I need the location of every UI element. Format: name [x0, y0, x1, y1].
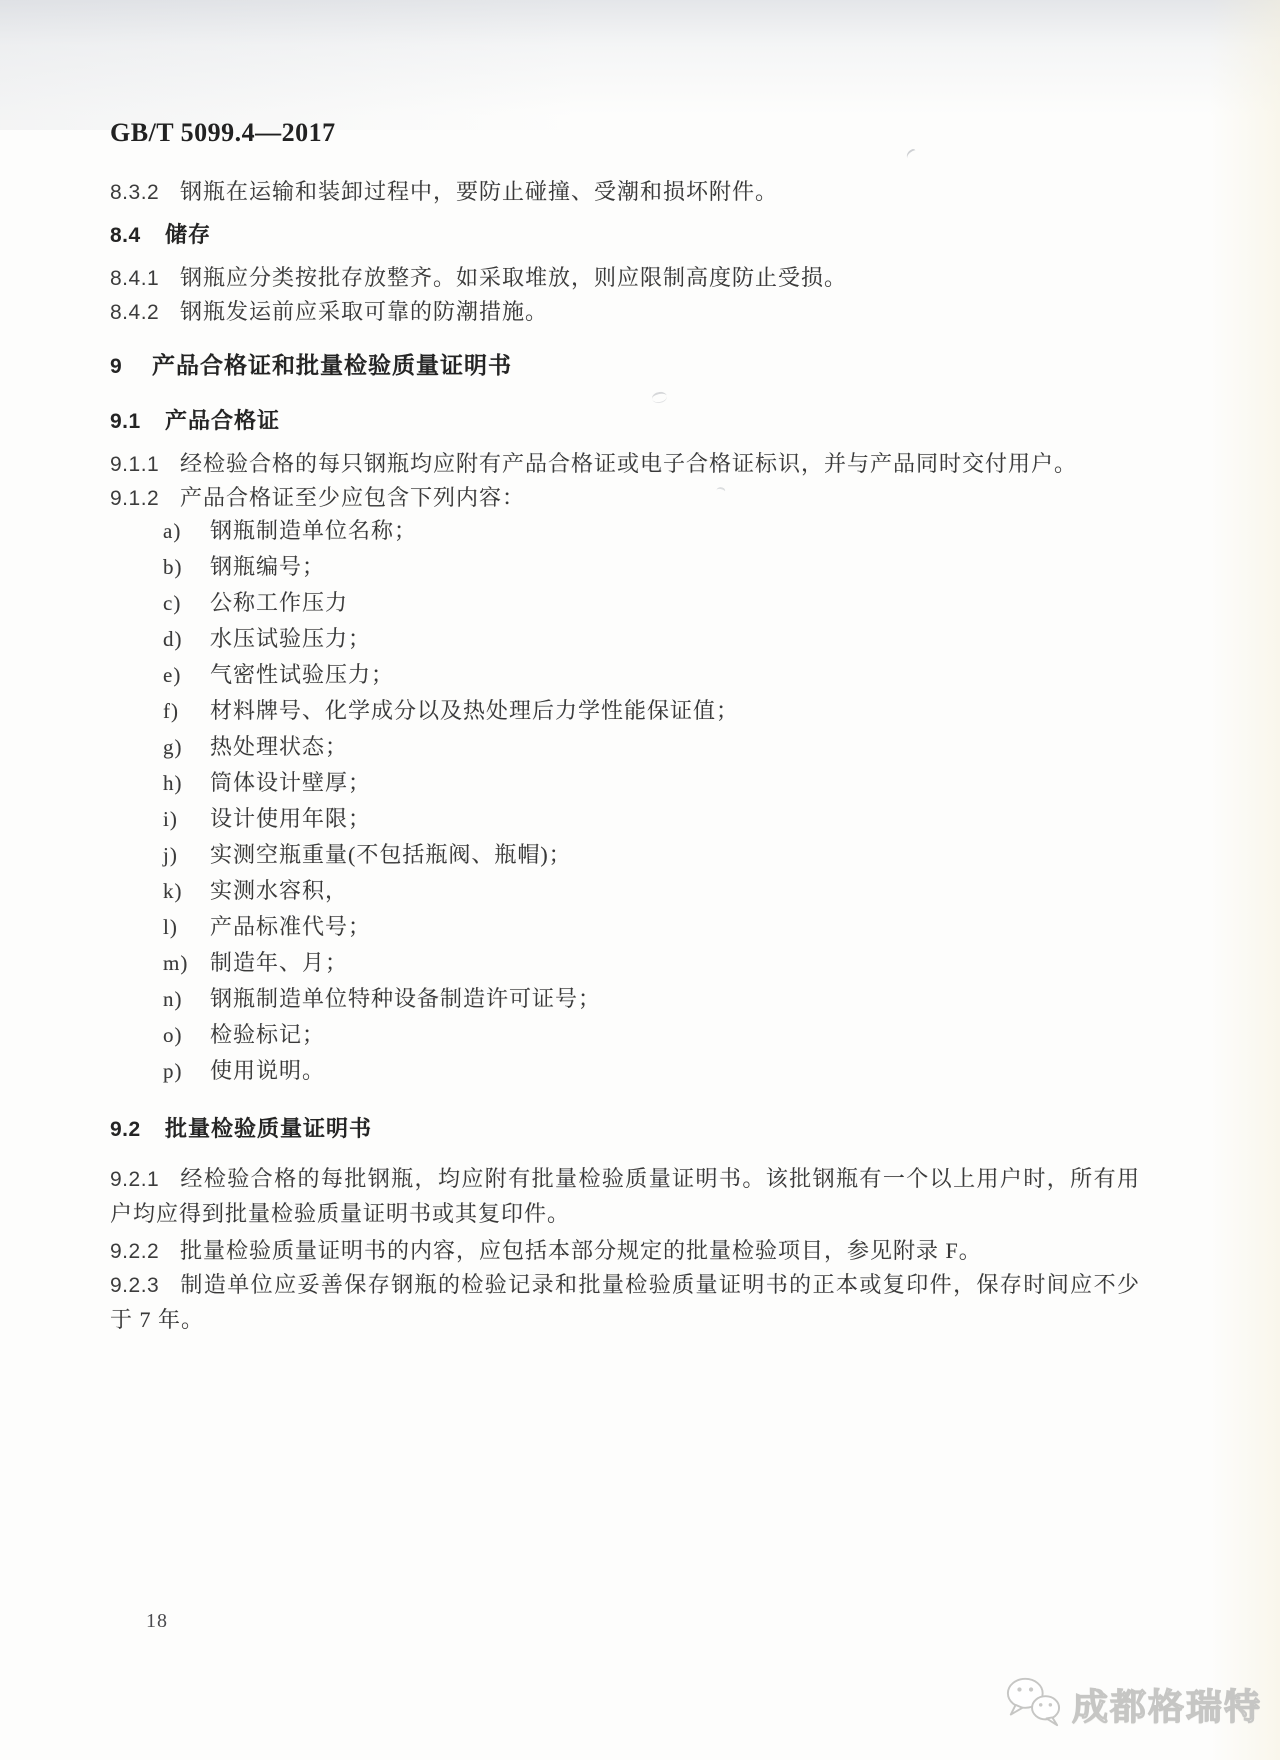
document-page: GB/T 5099.4—2017 8.3.2钢瓶在运输和装卸过程中，要防止碰撞、… [0, 0, 1280, 1760]
heading-title: 批量检验质量证明书 [165, 1116, 372, 1141]
clause-9-2-3: 9.2.3制造单位应妥善保存钢瓶的检验记录和批量检验质量证明书的正本或复印件，保… [110, 1268, 1140, 1337]
list-item-j: j)实测空瓶重量(不包括瓶阀、瓶帽)； [163, 837, 739, 873]
list-item-text: 设计使用年限； [210, 806, 371, 831]
clause-8-3-2: 8.3.2钢瓶在运输和装卸过程中，要防止碰撞、受潮和损坏附件。 [110, 175, 778, 210]
list-item-text: 材料牌号、化学成分以及热处理后力学性能保证值； [210, 698, 739, 723]
list-item-text: 使用说明。 [210, 1058, 325, 1083]
list-item-o: o)检验标记； [163, 1017, 739, 1053]
clause-text: 制造单位应妥善保存钢瓶的检验记录和批量检验质量证明书的正本或复印件，保存时间应不… [110, 1272, 1140, 1332]
clause-number: 9.1.2 [110, 482, 180, 516]
list-item-text: 实测空瓶重量(不包括瓶阀、瓶帽)； [210, 842, 572, 867]
clause-number: 8.4.1 [110, 262, 180, 296]
list-item-i: i)设计使用年限； [163, 801, 739, 837]
heading-number: 8.4 [110, 219, 165, 253]
page-number: 18 [146, 1610, 168, 1633]
list-item-letter: l) [163, 909, 210, 945]
clause-number: 9.1.1 [110, 448, 180, 482]
list-item-letter: k) [163, 873, 210, 909]
list-item-letter: c) [163, 585, 210, 621]
list-item-text: 钢瓶编号； [210, 554, 325, 579]
list-item-k: k)实测水容积， [163, 873, 739, 909]
scan-shading-top [0, 0, 1280, 130]
list-item-l: l)产品标准代号； [163, 909, 739, 945]
section-heading-8-4: 8.4储存 [110, 218, 211, 253]
clause-text: 钢瓶应分类按批存放整齐。如采取堆放，则应限制高度防止受损。 [180, 265, 847, 290]
list-item-f: f)材料牌号、化学成分以及热处理后力学性能保证值； [163, 693, 739, 729]
list-item-text: 钢瓶制造单位特种设备制造许可证号； [210, 986, 601, 1011]
list-item-a: a)钢瓶制造单位名称； [163, 513, 739, 549]
heading-title: 储存 [165, 222, 211, 247]
clause-number: 9.2.1 [110, 1163, 180, 1197]
list-item-text: 制造年、月； [210, 950, 348, 975]
clause-9-1-1: 9.1.1经检验合格的每只钢瓶均应附有产品合格证或电子合格证标识，并与产品同时交… [110, 447, 1077, 482]
list-item-n: n)钢瓶制造单位特种设备制造许可证号； [163, 981, 739, 1017]
list-item-text: 气密性试验压力； [210, 662, 394, 687]
list-item-letter: e) [163, 657, 210, 693]
clause-number: 8.4.2 [110, 296, 180, 330]
heading-number: 9 [110, 350, 152, 384]
list-item-text: 水压试验压力； [210, 626, 371, 651]
list-item-text: 钢瓶制造单位名称； [210, 518, 417, 543]
clause-number: 9.2.2 [110, 1235, 180, 1269]
clause-text: 产品合格证至少应包含下列内容： [180, 485, 525, 510]
list-item-text: 公称工作压力 [210, 590, 348, 615]
list-item-text: 实测水容积， [210, 878, 348, 903]
list-item-text: 产品标准代号； [210, 914, 371, 939]
list-item-p: p)使用说明。 [163, 1053, 739, 1089]
clause-text: 钢瓶发运前应采取可靠的防潮措施。 [180, 299, 548, 324]
scan-shading-right [1210, 0, 1280, 1760]
list-item-letter: n) [163, 981, 210, 1017]
list-item-m: m)制造年、月； [163, 945, 739, 981]
clause-text: 经检验合格的每批钢瓶，均应附有批量检验质量证明书。该批钢瓶有一个以上用户时，所有… [110, 1166, 1140, 1226]
section-heading-9-1: 9.1产品合格证 [110, 404, 280, 439]
list-item-letter: f) [163, 693, 210, 729]
list-item-c: c)公称工作压力 [163, 585, 739, 621]
clause-9-2-2: 9.2.2批量检验质量证明书的内容，应包括本部分规定的批量检验项目，参见附录 F… [110, 1234, 1140, 1269]
heading-number: 9.1 [110, 405, 165, 439]
list-item-b: b)钢瓶编号； [163, 549, 739, 585]
clause-8-4-1: 8.4.1钢瓶应分类按批存放整齐。如采取堆放，则应限制高度防止受损。 [110, 261, 847, 296]
scan-artifact [715, 486, 726, 496]
clause-number: 8.3.2 [110, 176, 180, 210]
list-item-d: d)水压试验压力； [163, 621, 739, 657]
list-item-text: 筒体设计壁厚； [210, 770, 371, 795]
list-item-h: h)筒体设计壁厚； [163, 765, 739, 801]
list-item-letter: d) [163, 621, 210, 657]
list-item-letter: m) [163, 945, 210, 981]
list-item-letter: h) [163, 765, 210, 801]
clause-8-4-2: 8.4.2钢瓶发运前应采取可靠的防潮措施。 [110, 295, 548, 330]
heading-title: 产品合格证 [165, 408, 280, 433]
list-item-letter: j) [163, 837, 210, 873]
list-item-letter: i) [163, 801, 210, 837]
list-item-letter: a) [163, 513, 210, 549]
watermark-text: 成都格瑞特 [1072, 1679, 1262, 1730]
list-item-letter: p) [163, 1053, 210, 1089]
clause-9-2-1: 9.2.1经检验合格的每批钢瓶，均应附有批量检验质量证明书。该批钢瓶有一个以上用… [110, 1162, 1140, 1231]
list-item-e: e)气密性试验压力； [163, 657, 739, 693]
clause-text: 钢瓶在运输和装卸过程中，要防止碰撞、受潮和损坏附件。 [180, 179, 778, 204]
list-item-text: 检验标记； [210, 1022, 325, 1047]
scan-artifact [905, 148, 919, 161]
heading-title: 产品合格证和批量检验质量证明书 [152, 353, 512, 378]
list-item-letter: o) [163, 1017, 210, 1053]
section-heading-9-2: 9.2批量检验质量证明书 [110, 1112, 372, 1147]
clause-text: 批量检验质量证明书的内容，应包括本部分规定的批量检验项目，参见附录 F。 [180, 1238, 982, 1263]
list-item-g: g)热处理状态； [163, 729, 739, 765]
standard-code-header: GB/T 5099.4—2017 [110, 118, 336, 148]
clause-text: 经检验合格的每只钢瓶均应附有产品合格证或电子合格证标识，并与产品同时交付用户。 [180, 451, 1077, 476]
list-item-letter: b) [163, 549, 210, 585]
clause-number: 9.2.3 [110, 1269, 180, 1303]
watermark: 成都格瑞特 [1002, 1674, 1262, 1735]
chapter-heading-9: 9产品合格证和批量检验质量证明书 [110, 349, 512, 384]
list-item-letter: g) [163, 729, 210, 765]
list-item-text: 热处理状态； [210, 734, 348, 759]
scan-artifact [651, 391, 668, 405]
certificate-content-list: a)钢瓶制造单位名称； b)钢瓶编号； c)公称工作压力 d)水压试验压力； e… [163, 513, 739, 1089]
heading-number: 9.2 [110, 1113, 165, 1147]
wechat-icon [1002, 1674, 1064, 1735]
clause-9-1-2: 9.1.2产品合格证至少应包含下列内容： [110, 481, 525, 516]
